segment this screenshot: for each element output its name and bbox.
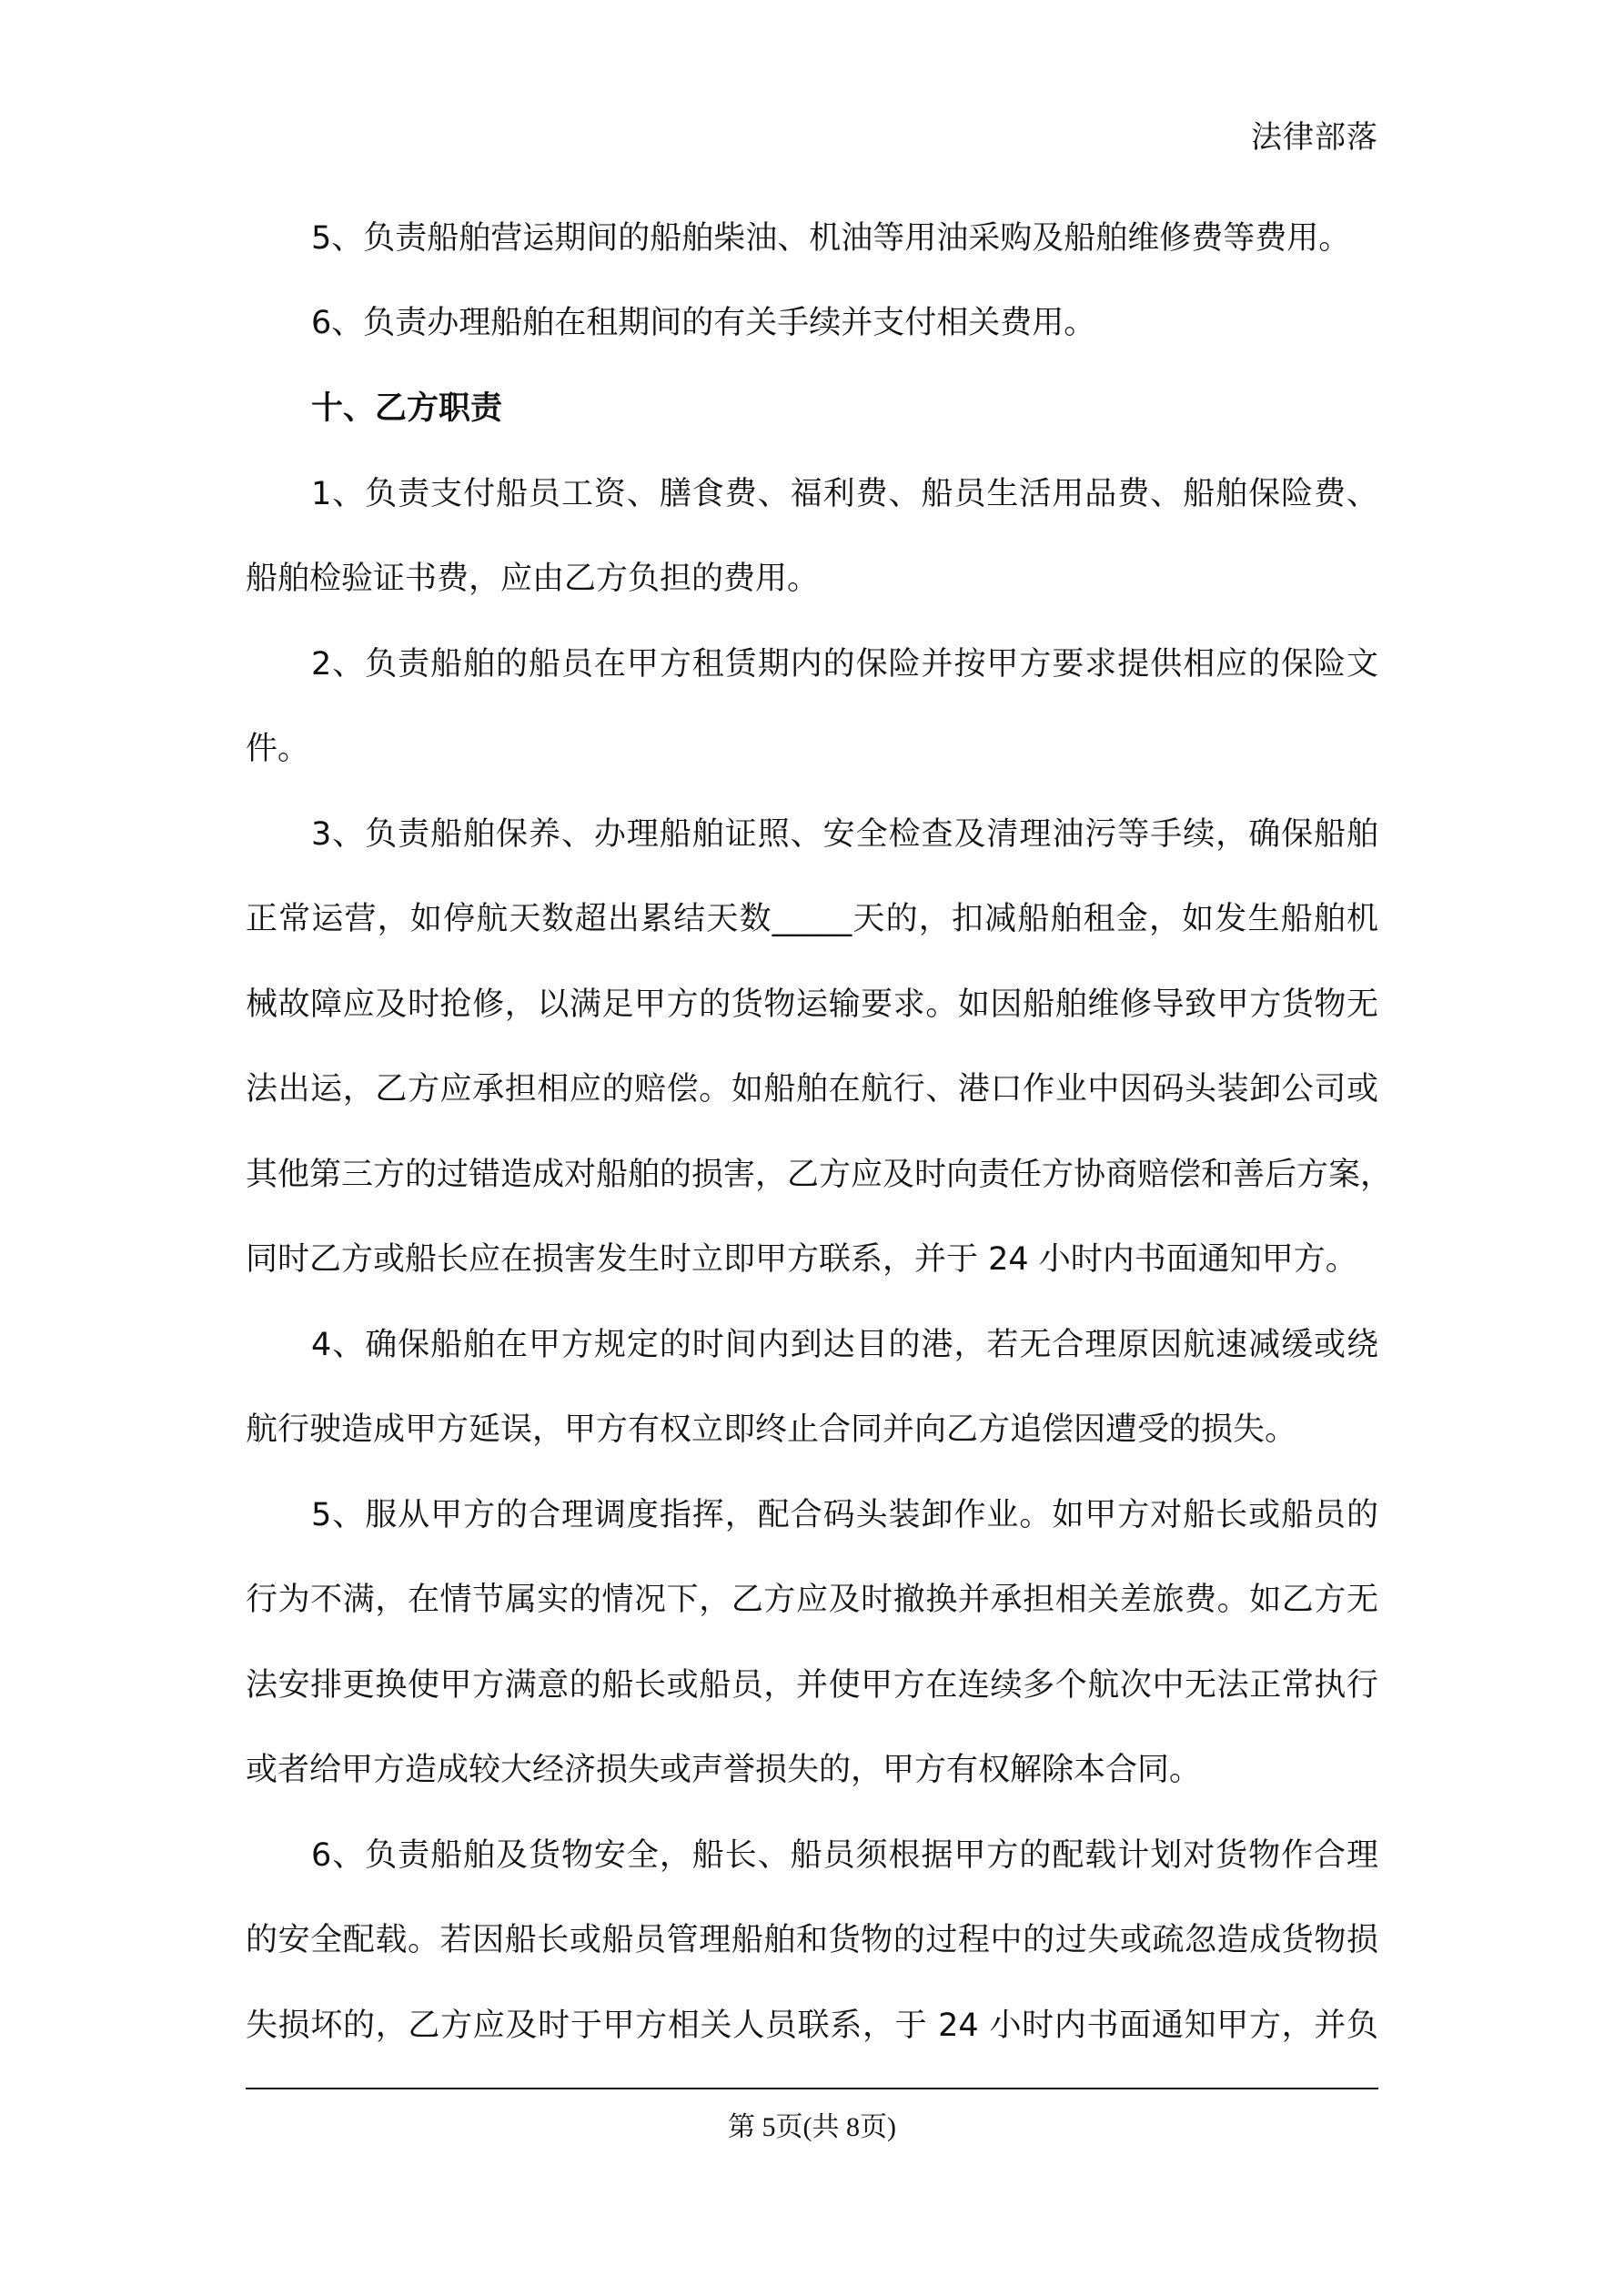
document-page: 法律部落 5、负责船舶营运期间的船舶柴油、机油等用油采购及船舶维修费等费用。 6… <box>0 0 1624 2296</box>
text-line: 法安排更换使甲方满意的船长或船员，并使甲方在连续多个航次中无法正常执行 <box>246 1664 1378 1707</box>
text-line: 6、负责办理船舶在租期间的有关手续并支付相关费用。 <box>311 301 1378 345</box>
page-number: 第 5页(共 8页) <box>0 2109 1624 2146</box>
text-line: 失损坏的，乙方应及时于甲方相关人员联系，于 24 小时内书面通知甲方，并负 <box>246 2004 1378 2048</box>
text-line: 的安全配载。若因船长或船员管理船舶和货物的过程中的过失或疏忽造成货物损 <box>246 1918 1378 1962</box>
text-line: 船舶检验证书费，应由乙方负担的费用。 <box>246 557 1378 601</box>
text-line: 或者给甲方造成较大经济损失或声誉损失的，甲方有权解除本合同。 <box>246 1748 1378 1792</box>
text-line: 6、负责船舶及货物安全，船长、船员须根据甲方的配载计划对货物作合理 <box>311 1834 1378 1877</box>
footer-divider <box>246 2088 1378 2089</box>
text-line: 4、确保船舶在甲方规定的时间内到达目的港，若无合理原因航速减缓或绕 <box>311 1323 1378 1367</box>
section-heading: 十、乙方职责 <box>311 387 1378 430</box>
text-line: 正常运营，如停航天数超出累结天数_____天的，扣减船舶租金，如发生船舶机 <box>246 897 1378 941</box>
text-line: 1、负责支付船员工资、膳食费、福利费、船员生活用品费、船舶保险费、 <box>311 472 1378 516</box>
header-brand: 法律部落 <box>1251 115 1378 160</box>
text-line: 行为不满，在情节属实的情况下，乙方应及时撤换并承担相关差旅费。如乙方无 <box>246 1578 1378 1622</box>
text-line: 航行驶造成甲方延误，甲方有权立即终止合同并向乙方追偿因遭受的损失。 <box>246 1408 1378 1451</box>
text-line: 5、服从甲方的合理调度指挥，配合码头装卸作业。如甲方对船长或船员的 <box>311 1493 1378 1537</box>
text-line: 法出运，乙方应承担相应的赔偿。如船舶在航行、港口作业中因码头装卸公司或 <box>246 1067 1378 1111</box>
text-line: 其他第三方的过错造成对船舶的损害，乙方应及时向责任方协商赔偿和善后方案， <box>246 1153 1378 1197</box>
text-line: 械故障应及时抢修，以满足甲方的货物运输要求。如因船舶维修导致甲方货物无 <box>246 983 1378 1027</box>
text-line: 件。 <box>246 727 1378 771</box>
text-line: 同时乙方或船长应在损害发生时立即甲方联系，并于 24 小时内书面通知甲方。 <box>246 1238 1378 1281</box>
text-line: 5、负责船舶营运期间的船舶柴油、机油等用油采购及船舶维修费等费用。 <box>311 217 1378 260</box>
text-line: 2、负责船舶的船员在甲方租赁期内的保险并按甲方要求提供相应的保险文 <box>311 642 1378 686</box>
text-line: 3、负责船舶保养、办理船舶证照、安全检查及清理油污等手续，确保船舶 <box>311 813 1378 856</box>
